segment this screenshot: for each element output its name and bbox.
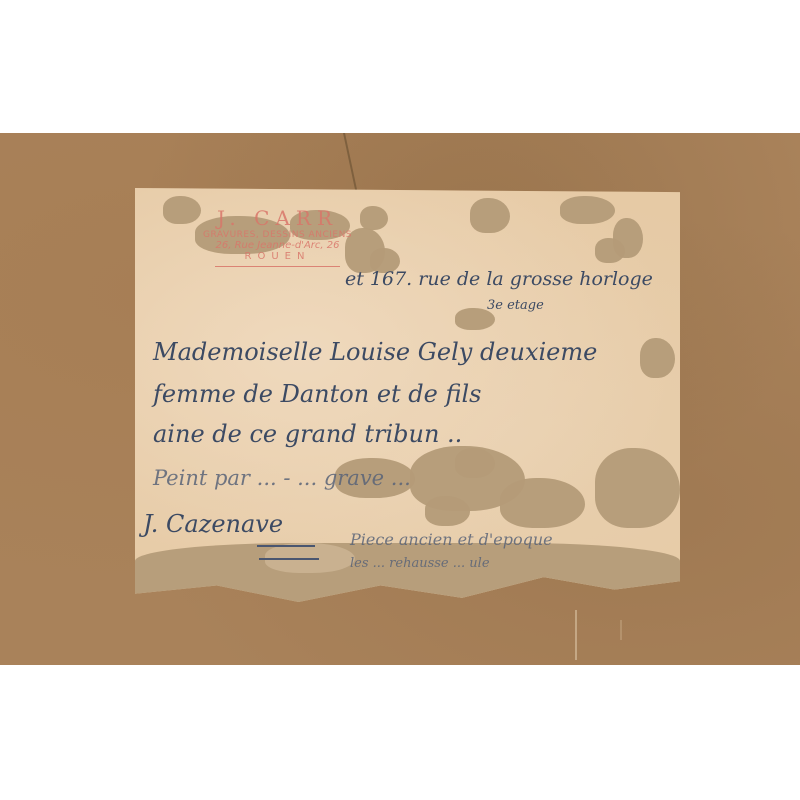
stamp-address: 26, Rue Jeanne-d'Arc, 26 <box>195 240 360 251</box>
note-line-2: les ... rehausse ... ule <box>350 556 490 571</box>
stamp-line-1: GRAVURES, DESSINS ANCIENS <box>195 230 360 240</box>
board-scratch <box>575 610 577 660</box>
stain <box>500 478 585 528</box>
dealer-stamp: J. CARR GRAVURES, DESSINS ANCIENS 26, Ru… <box>195 206 360 268</box>
inscription-line-4: Peint par ... - ... grave ... <box>153 466 411 490</box>
floor-line: 3e etage <box>487 298 544 313</box>
stamp-city: ROUEN <box>195 251 360 262</box>
stain <box>640 338 675 378</box>
address-line: et 167. rue de la grosse horloge <box>345 268 653 290</box>
stain <box>595 238 625 263</box>
signature-underline <box>257 545 315 547</box>
stain <box>595 448 680 528</box>
inscription-line-2: femme de Danton et de fils <box>153 380 482 408</box>
note-line-1: Piece ancien et d'epoque <box>350 530 553 549</box>
inscription-line-3: aine de ce grand tribun .. <box>153 420 462 448</box>
stamp-flourish <box>215 266 340 268</box>
inscription-line-1: Mademoiselle Louise Gely deuxieme <box>153 338 597 366</box>
stain <box>455 448 495 478</box>
stain <box>470 198 510 233</box>
signature-underline <box>259 558 319 560</box>
stain <box>425 496 470 526</box>
stain <box>360 206 388 230</box>
board-scratch <box>620 620 622 640</box>
signature: J. Cazenave <box>143 510 283 538</box>
paper-label: J. CARR GRAVURES, DESSINS ANCIENS 26, Ru… <box>135 188 680 602</box>
stamp-name: J. CARR <box>195 206 360 230</box>
stain <box>560 196 615 224</box>
